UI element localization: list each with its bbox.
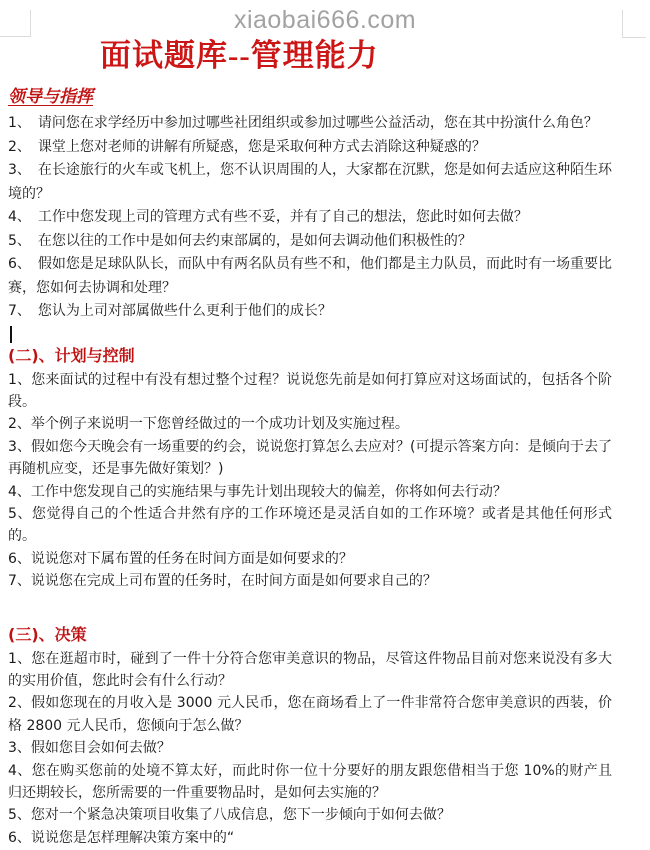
question-item: 3、假如您今天晚会有一场重要的约会，说说您打算怎么去应对？(可提示答案方向：是倾…	[8, 436, 612, 481]
question-item: 4、 工作中您发现上司的管理方式有些不妥，并有了自己的想法，您此时如何去做？	[8, 206, 612, 230]
section-leadership-and-command: 领导与指挥 1、 请问您在求学经历中参加过哪些社团组织或参加过哪些公益活动，您在…	[8, 86, 612, 346]
question-item: 1、 请问您在求学经历中参加过哪些社团组织或参加过哪些公益活动，您在其中扮演什么…	[8, 112, 612, 136]
empty-paragraph[interactable]	[8, 324, 612, 346]
question-item: 5、您觉得自己的个性适合井然有序的工作环境还是灵活自如的工作环境？或者是其他任何…	[8, 503, 612, 548]
question-item: 3、 在长途旅行的火车或飞机上，您不认识周围的人，大家都在沉默，您是如何去适应这…	[8, 159, 612, 206]
watermark-text: xiaobai666.com	[0, 6, 650, 35]
question-item: 6、 假如您是足球队队长，而队中有两名队员有些不和，他们都是主力队员，而此时有一…	[8, 253, 612, 300]
document-title: 面试题库--管理能力	[100, 36, 650, 76]
question-item: 5、您对一个紧急决策项目收集了八成信息，您下一步倾向于如何去做？	[8, 804, 612, 826]
text-cursor	[10, 326, 12, 343]
question-item: 5、 在您以往的工作中是如何去约束部属的，是如何去调动他们积极性的？	[8, 230, 612, 254]
question-item: 4、工作中您发现自己的实施结果与事先计划出现较大的偏差，你将如何去行动？	[8, 481, 612, 503]
document-body: 领导与指挥 1、 请问您在求学经历中参加过哪些社团组织或参加过哪些公益活动，您在…	[0, 86, 650, 849]
question-item: 7、说说您在完成上司布置的任务时，在时间方面是如何要求自己的？	[8, 570, 612, 592]
section-heading: 领导与指挥	[8, 86, 612, 108]
section-planning-and-control: (二)、计划与控制 1、您来面试的过程中有没有想过整个过程？说说您先前是如何打算…	[8, 346, 612, 593]
question-item: 1、您来面试的过程中有没有想过整个过程？说说您先前是如何打算应对这场面试的，包括…	[8, 369, 612, 414]
question-item: 4、您在购买您前的处境不算太好，而此时你一位十分要好的朋友跟您借相当于您 10%…	[8, 760, 612, 805]
question-item: 2、 课堂上您对老师的讲解有所疑惑，您是采取何种方式去消除这种疑惑的？	[8, 136, 612, 160]
section-decision-making: (三)、决策 1、您在逛超市时，碰到了一件十分符合您审美意识的物品，尽管这件物品…	[8, 625, 612, 850]
section-heading: (三)、决策	[8, 625, 612, 645]
question-item: 6、说说您是怎样理解决策方案中的“	[8, 827, 612, 849]
question-item: 2、假如您现在的月收入是 3000 元人民币，您在商场看上了一件非常符合您审美意…	[8, 692, 612, 737]
question-item: 1、您在逛超市时，碰到了一件十分符合您审美意识的物品，尽管这件物品目前对您来说没…	[8, 648, 612, 693]
section-heading: (二)、计划与控制	[8, 346, 612, 366]
question-item: 2、举个例子来说明一下您曾经做过的一个成功计划及实施过程。	[8, 413, 612, 435]
question-item: 7、 您认为上司对部属做些什么更利于他们的成长？	[8, 300, 612, 324]
question-item: 3、假如您目会如何去做？	[8, 737, 612, 759]
question-item: 6、说说您对下属布置的任务在时间方面是如何要求的？	[8, 548, 612, 570]
